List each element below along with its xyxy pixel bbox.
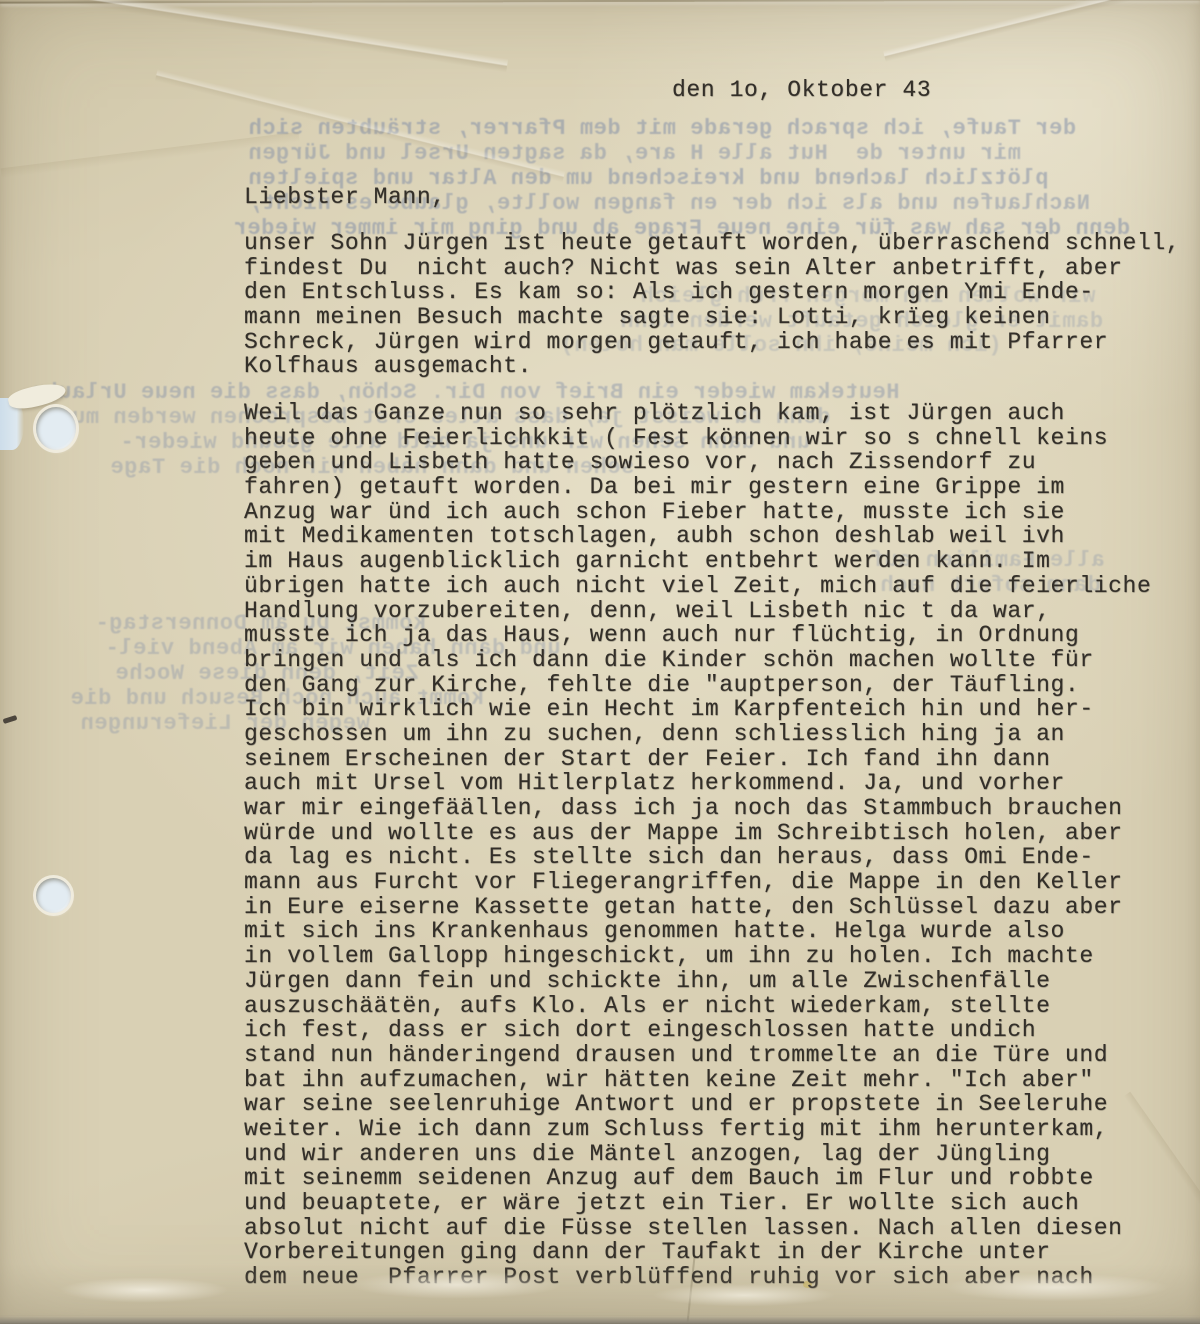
typewritten-line: Jürgen dann fein und schickte ihn, um al…: [244, 969, 1151, 994]
typewritten-line: stand nun händeringend drausen und tromm…: [244, 1043, 1151, 1068]
typewritten-line: weiter. Wie ich dann zum Schluss fertig …: [244, 1117, 1151, 1142]
punch-hole-bottom: [36, 878, 71, 913]
corner-crease-top-right: [883, 0, 1177, 62]
typewritten-line: geschossen um ihn zu suchen, denn schlie…: [244, 722, 1151, 747]
letter-body-paragraph-2: Weil das Ganze nun so sehr plötzlich kam…: [244, 401, 1151, 1290]
letter-body-paragraph-1: unser Sohn Jürgen ist heute getauft word…: [244, 231, 1180, 379]
typewritten-line: auch mit Ursel vom Hitlerplatz herkommen…: [244, 771, 1151, 796]
letter-salutation: Liebster Mann,: [244, 185, 446, 210]
punch-hole-top: [36, 407, 76, 450]
typewritten-line: in vollem Gallopp hingeschickt, um ihn z…: [244, 944, 1151, 969]
typewritten-line: mann meinen Besuch machte sagte sie: Lot…: [244, 305, 1180, 330]
crumpled-bottom-band: [0, 1264, 1200, 1316]
scan-bottom-edge: [0, 1315, 1200, 1324]
typewritten-line: heute ohne Feierlichkkit ( Fest können w…: [244, 426, 1151, 451]
horizontal-fold-crease: [0, 0, 1200, 4]
typewritten-line: war mir eingefäällen, dass ich ja noch d…: [244, 796, 1151, 821]
ink-speck: [3, 715, 18, 724]
bleedthrough-line: mir unter de Hut alle H are, da sagten U…: [248, 142, 1021, 166]
typewritten-line: übrigen hatte ich auch nicht viel Zeit, …: [244, 574, 1151, 599]
typewritten-line: seinem Erscheinen der Start der Feier. I…: [244, 747, 1151, 772]
bleedthrough-line: der Taufe, ich sprach gerade mit dem Pfa…: [248, 117, 1076, 141]
typewritten-line: findest Du nicht auch? Nicht was sein Al…: [244, 256, 1180, 281]
typewritten-line: Kolfhaus ausgemacht.: [244, 354, 1180, 379]
typewritten-line: würde und wollte es aus der Mappe im Sch…: [244, 821, 1151, 846]
typewritten-line: Schreck, Jürgen wird morgen getauft, ich…: [244, 330, 1180, 355]
typewritten-line: den Gang zur Kirche, fehlte die "auptper…: [244, 673, 1151, 698]
typewritten-line: war seine seelenruhige Antwort und er pr…: [244, 1092, 1151, 1117]
typewritten-line: unser Sohn Jürgen ist heute getauft word…: [244, 231, 1180, 256]
typewritten-line: mit Medikamenten totschlagen, aubh schon…: [244, 524, 1151, 549]
typewritten-line: und wir anderen uns die Mäntel anzogen, …: [244, 1142, 1151, 1167]
typewritten-line: fahren) getauft worden. Da bei mir geste…: [244, 475, 1151, 500]
typewritten-line: bringen und als ich dann die Kinder schö…: [244, 648, 1151, 673]
typewritten-line: ich fest, dass er sich dort eingeschloss…: [244, 1018, 1151, 1043]
corner-crease-top-left: [42, 0, 508, 73]
typewritten-line: mit sich ins Krankenhaus genommen hatte.…: [244, 919, 1151, 944]
typewritten-line: und beuaptete, er wäre jetzt ein Tier. E…: [244, 1191, 1151, 1216]
typewritten-line: Anzug war ünd ich auch schon Fieber hatt…: [244, 500, 1151, 525]
typewritten-line: da lag es nicht. Es stellte sich dan her…: [244, 845, 1151, 870]
typewritten-line: musste ich ja das Haus, wenn auch nur fl…: [244, 623, 1151, 648]
typewritten-line: geben und Lisbeth hatte sowieso vor, nac…: [244, 450, 1151, 475]
typewritten-line: mit seinemm seidenen Anzug auf dem Bauch…: [244, 1166, 1151, 1191]
typewritten-line: auszuschäätën, aufs Klo. Als er nicht wi…: [244, 994, 1151, 1019]
typewritten-line: Handlung vorzubereiten, denn, weil Lisbe…: [244, 599, 1151, 624]
typewritten-line: den Entschluss. Es kam so: Als ich geste…: [244, 280, 1180, 305]
letter-page: der Taufe, ich sprach gerade mit dem Pfa…: [0, 0, 1200, 1324]
typewritten-line: Ich bin wirklich wie ein Hecht im Karpfe…: [244, 697, 1151, 722]
letter-date: den 1o, Oktober 43: [672, 78, 931, 103]
typewritten-line: Weil das Ganze nun so sehr plötzlich kam…: [244, 401, 1151, 426]
typewritten-line: absolut nicht auf die Füsse stellen lass…: [244, 1216, 1151, 1241]
typewritten-line: mann aus Furcht vor Fliegerangriffen, di…: [244, 870, 1151, 895]
typewritten-line: in Eure eiserne Kassette getan hatte, de…: [244, 895, 1151, 920]
typewritten-line: im Haus augenblicklich garnicht entbehrt…: [244, 549, 1151, 574]
typewritten-line: bat ihn aufzumachen, wir hätten keine Ze…: [244, 1068, 1151, 1093]
typewritten-line: Vorbereitungen ging dann der Taufakt in …: [244, 1240, 1151, 1265]
